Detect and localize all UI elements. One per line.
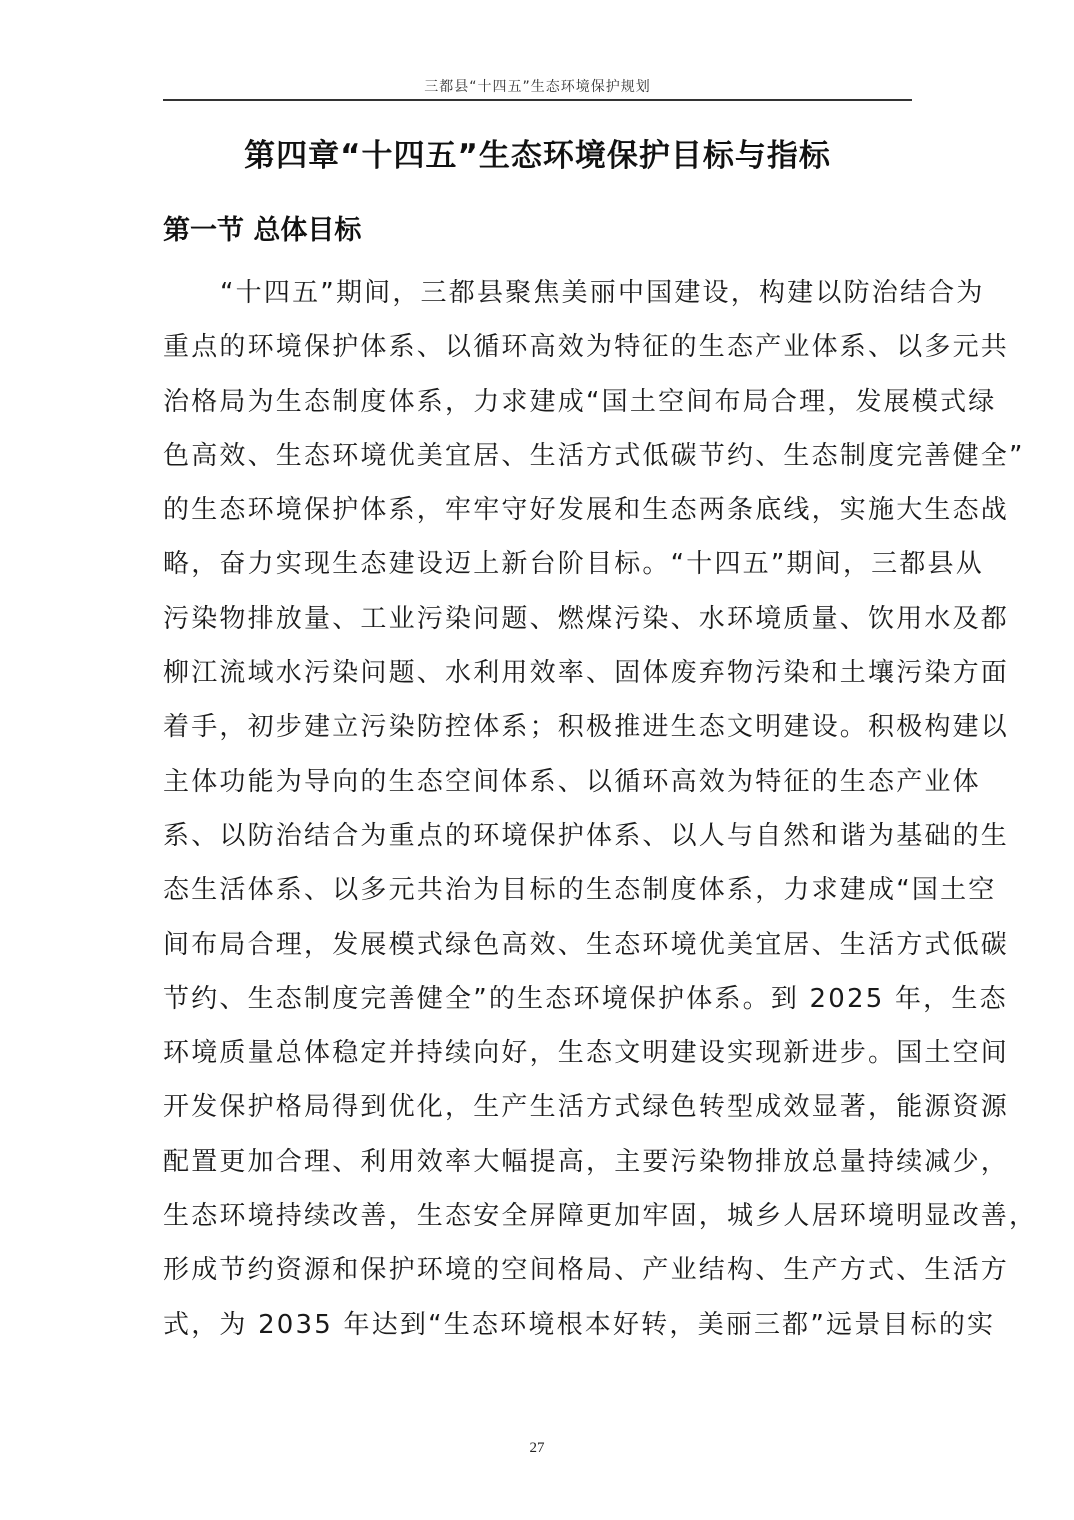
paragraph-line: 节约、生态制度完善健全”的生态环境保护体系。到 2025 年，生态: [163, 972, 912, 1026]
paragraph-line: 柳江流域水污染问题、水利用效率、固体废弃物污染和土壤污染方面: [163, 646, 912, 700]
chapter-title: 第四章“十四五”生态环境保护目标与指标: [163, 130, 912, 175]
paragraph-line: “十四五”期间，三都县聚焦美丽中国建设，构建以防治结合为: [163, 266, 912, 320]
paragraph-line: 态生活体系、以多元共治为目标的生态制度体系，力求建成“国土空: [163, 863, 912, 917]
body-paragraph: “十四五”期间，三都县聚焦美丽中国建设，构建以防治结合为 重点的环境保护体系、以…: [163, 266, 912, 1352]
paragraph-line: 开发保护格局得到优化，生产生活方式绿色转型成效显著，能源资源: [163, 1080, 912, 1134]
paragraph-line: 主体功能为导向的生态空间体系、以循环高效为特征的生态产业体: [163, 755, 912, 809]
paragraph-line: 形成节约资源和保护环境的空间格局、产业结构、生产方式、生活方: [163, 1243, 912, 1297]
paragraph-line: 式，为 2035 年达到“生态环境根本好转，美丽三都”远景目标的实: [163, 1298, 912, 1352]
paragraph-line: 配置更加合理、利用效率大幅提高，主要污染物排放总量持续减少，: [163, 1135, 912, 1189]
paragraph-line: 环境质量总体稳定并持续向好，生态文明建设实现新进步。国土空间: [163, 1026, 912, 1080]
header-rule: [163, 99, 912, 101]
paragraph-line: 略，奋力实现生态建设迈上新台阶目标。“十四五”期间，三都县从: [163, 537, 912, 591]
paragraph-line: 的生态环境保护体系，牢牢守好发展和生态两条底线，实施大生态战: [163, 483, 912, 537]
paragraph-line: 重点的环境保护体系、以循环高效为特征的生态产业体系、以多元共: [163, 320, 912, 374]
paragraph-line: 生态环境持续改善，生态安全屏障更加牢固，城乡人居环境明显改善，: [163, 1189, 912, 1243]
paragraph-line: 着手，初步建立污染防控体系；积极推进生态文明建设。积极构建以: [163, 700, 912, 754]
page-number: 27: [0, 1440, 1074, 1457]
paragraph-line: 污染物排放量、工业污染问题、燃煤污染、水环境质量、饮用水及都: [163, 592, 912, 646]
running-header: 三都县“十四五”生态环境保护规划: [163, 76, 912, 96]
paragraph-line: 间布局合理，发展模式绿色高效、生态环境优美宜居、生活方式低碳: [163, 918, 912, 972]
paragraph-line: 系、以防治结合为重点的环境保护体系、以人与自然和谐为基础的生: [163, 809, 912, 863]
paragraph-line: 治格局为生态制度体系，力求建成“国土空间布局合理，发展模式绿: [163, 375, 912, 429]
paragraph-line: 色高效、生态环境优美宜居、生活方式低碳节约、生态制度完善健全”: [163, 429, 912, 483]
section-title: 第一节 总体目标: [163, 208, 361, 247]
